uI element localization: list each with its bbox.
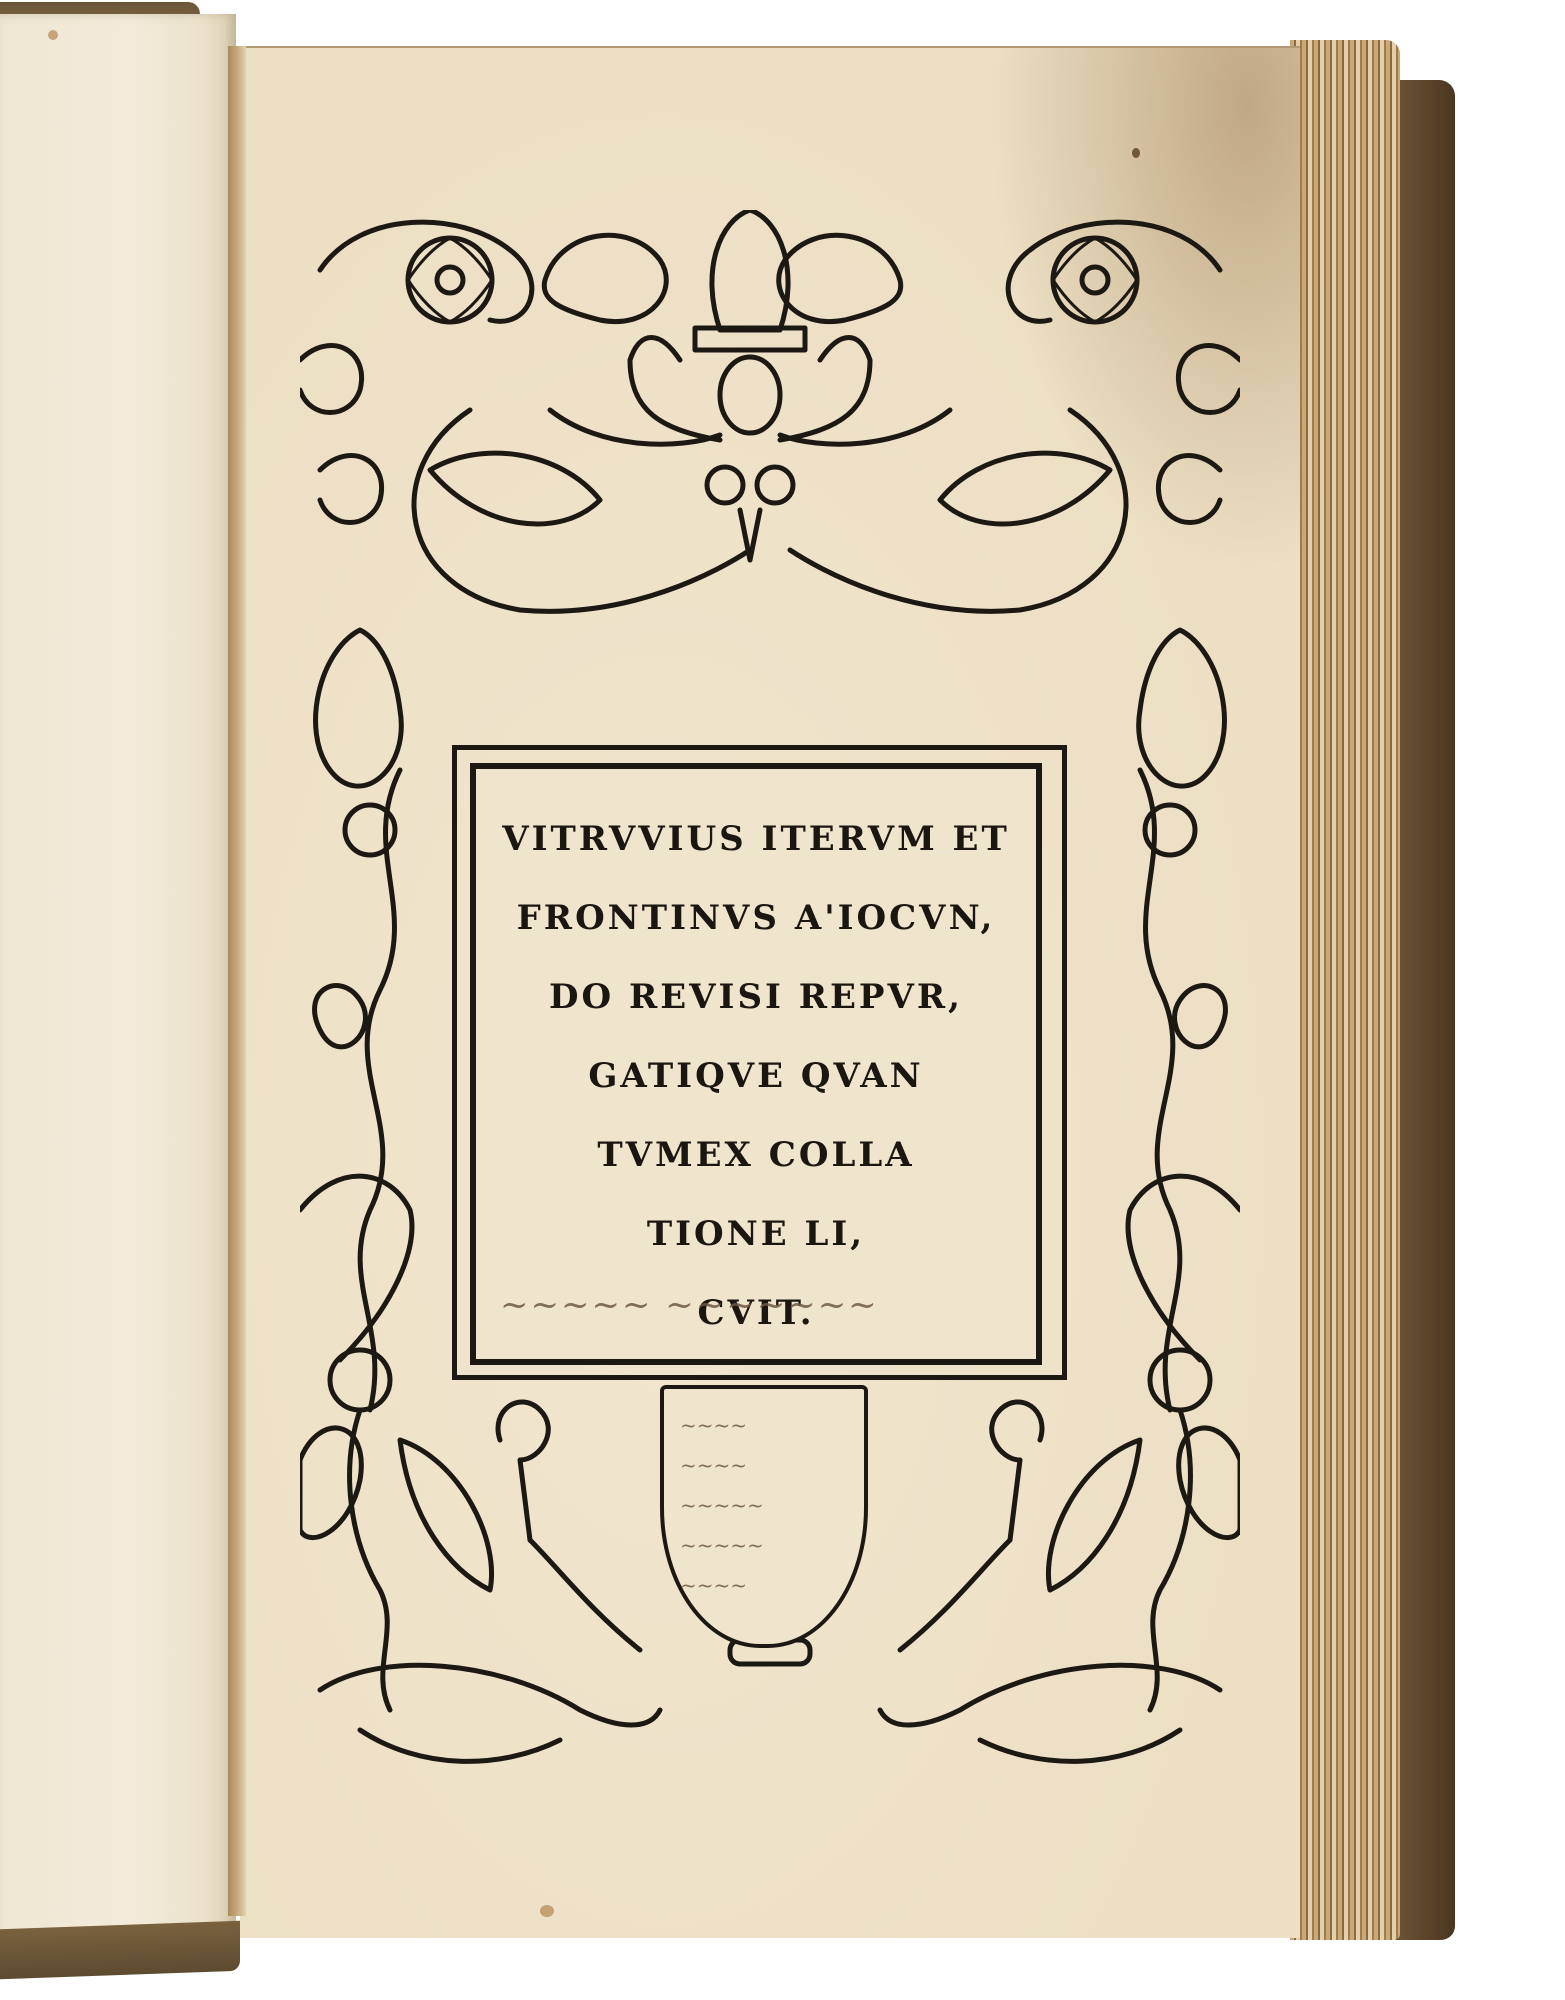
foxing-spot — [540, 1905, 554, 1917]
title-line: VITRVVIUS ITERVM ET — [476, 800, 1036, 879]
horn-left — [300, 1176, 412, 1360]
profile-mask-left — [316, 630, 402, 786]
shield-inscription-line: ~~~~ — [680, 1445, 840, 1485]
foxing-spot — [48, 30, 58, 40]
shield-inscription-line: ~~~~~ — [680, 1525, 840, 1565]
title-text: VITRVVIUS ITERVM ET FRONTINVS A'IOCVN, D… — [476, 800, 1036, 1353]
winged-putto-right — [1048, 1350, 1240, 1710]
crowned-figure — [550, 338, 950, 561]
rosette-icon-right — [1053, 238, 1137, 322]
shield-inscription-line: ~~~~ — [680, 1405, 840, 1445]
bird-left — [430, 453, 600, 524]
scroll-ornament-top-left — [320, 222, 532, 321]
horn-right — [1128, 1176, 1240, 1360]
title-line: TIONE LI, — [476, 1195, 1036, 1274]
foxing-spot — [1132, 148, 1140, 158]
book-cover-bottom-left — [0, 1921, 240, 1979]
title-line: TVMEX COLLA — [476, 1116, 1036, 1195]
page-fore-edge — [1290, 40, 1400, 1940]
manuscript-inscription: ~~~~~ ~~~~~~~ — [500, 1285, 1000, 1325]
central-leaf — [712, 210, 788, 330]
dragon-head-right — [779, 235, 901, 321]
title-line: FRONTINVS A'IOCVN, — [476, 879, 1036, 958]
acanthus-bottom-left — [320, 1665, 660, 1725]
profile-mask-right — [1139, 630, 1225, 786]
title-line: DO REVISI REPVR, — [476, 958, 1036, 1037]
acanthus-bottom-right — [880, 1665, 1220, 1725]
title-line: GATIQVE QVAN — [476, 1037, 1036, 1116]
back-cover-edge — [1395, 80, 1455, 1940]
book-gutter — [228, 46, 246, 1916]
winged-putto-left — [300, 1350, 492, 1710]
rosette-icon-left — [408, 238, 492, 322]
bird-right — [940, 453, 1110, 524]
shield-inscription: ~~~~ ~~~~ ~~~~~ ~~~~~ ~~~~ — [680, 1405, 840, 1605]
left-flyleaf-page — [0, 14, 236, 1939]
shield-inscription-line: ~~~~~ — [680, 1485, 840, 1525]
dragon-head-left — [544, 235, 666, 321]
shield-inscription-line: ~~~~ — [680, 1565, 840, 1605]
